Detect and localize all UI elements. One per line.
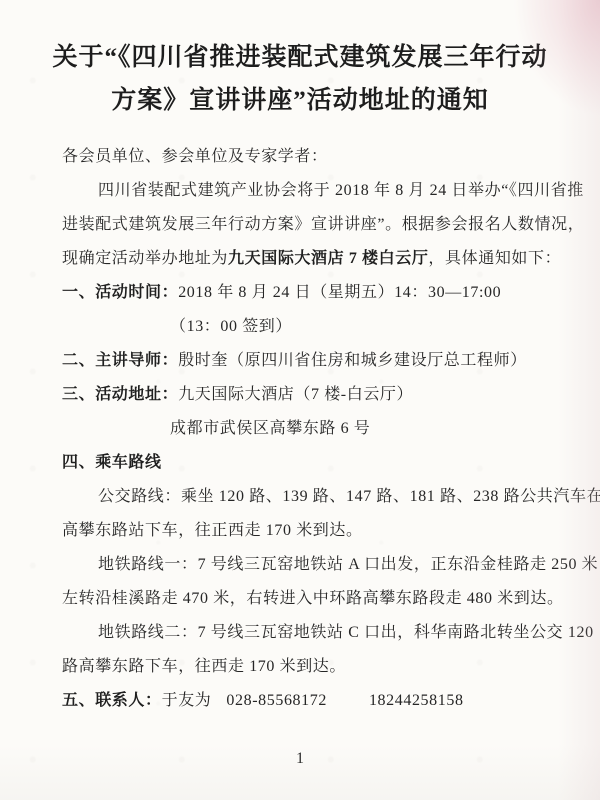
intro-line-3-suffix: ，具体通知如下： — [428, 250, 561, 267]
notice-document: 关于“《四川省推进装配式建筑发展三年行动 方案》宣讲讲座”活动地址的通知 各会员… — [0, 0, 600, 776]
venue-highlight: 九天国际大酒店 7 楼白云厅 — [228, 250, 428, 267]
section-1-time: 一、活动时间：2018 年 8 月 24 日（星期五）14：30—17:00 — [62, 276, 538, 310]
section-4-routes-header: 四、乘车路线 — [62, 446, 538, 480]
section-3-label: 三、活动地址： — [62, 386, 178, 403]
metro-route-1-line-2: 左转沿桂溪路走 470 米，右转进入中环路高攀东路段走 480 米到达。 — [62, 582, 538, 616]
intro-line-3: 现确定活动举办地址为九天国际大酒店 7 楼白云厅，具体通知如下： — [62, 242, 538, 276]
section-2-value: 殷时奎（原四川省住房和城乡建设厅总工程师） — [178, 352, 527, 369]
address-line-2: 成都市武侯区高攀东路 6 号 — [62, 412, 538, 446]
title-line-2: 方案》宣讲讲座”活动地址的通知 — [27, 79, 573, 122]
section-5-contact: 五、联系人：于友为028-8556817218244258158 — [62, 684, 538, 718]
contact-phone-1: 028-85568172 — [226, 692, 327, 709]
page-title: 关于“《四川省推进装配式建筑发展三年行动 方案》宣讲讲座”活动地址的通知 — [27, 36, 573, 122]
metro-route-2-line-1: 地铁路线二：7 号线三瓦窑地铁站 C 口出，科华南路北转坐公交 120 — [62, 616, 538, 650]
metro-route-1-line-1: 地铁路线一：7 号线三瓦窑地铁站 A 口出发，正东沿金桂路走 250 米 — [62, 548, 538, 582]
intro-line-2: 进装配式建筑发展三年行动方案》宣讲讲座”。根据参会报名人数情况， — [62, 208, 538, 242]
title-line-1: 关于“《四川省推进装配式建筑发展三年行动 — [27, 36, 573, 79]
page-number-row: 1 — [62, 742, 538, 776]
section-3-address: 三、活动地址：九天国际大酒店（7 楼-白云厅） — [62, 378, 538, 412]
signin-note: （13：00 签到） — [62, 310, 538, 344]
salutation: 各会员单位、参会单位及专家学者： — [62, 140, 538, 174]
section-2-lecturer: 二、主讲导师：殷时奎（原四川省住房和城乡建设厅总工程师） — [62, 344, 538, 378]
section-5-label: 五、联系人： — [62, 692, 162, 709]
section-2-label: 二、主讲导师： — [62, 352, 178, 369]
section-3-value: 九天国际大酒店（7 楼-白云厅） — [178, 386, 413, 403]
intro-line-1: 四川省装配式建筑产业协会将于 2018 年 8 月 24 日举办“《四川省推 — [62, 174, 538, 208]
bus-route-line-2: 高攀东路站下车，往正西走 170 米到达。 — [62, 514, 538, 548]
page-number: 1 — [296, 750, 304, 767]
contact-phone-2: 18244258158 — [369, 692, 464, 709]
section-1-value: 2018 年 8 月 24 日（星期五）14：30—17:00 — [178, 284, 501, 301]
section-1-label: 一、活动时间： — [62, 284, 178, 301]
metro-route-2-line-2: 路高攀东路下车，往西走 170 米到达。 — [62, 650, 538, 684]
contact-name: 于友为 — [162, 692, 212, 709]
bus-route-line-1: 公交路线：乘坐 120 路、139 路、147 路、181 路、238 路公共汽… — [62, 480, 538, 514]
intro-line-3-prefix: 现确定活动举办地址为 — [62, 250, 228, 267]
